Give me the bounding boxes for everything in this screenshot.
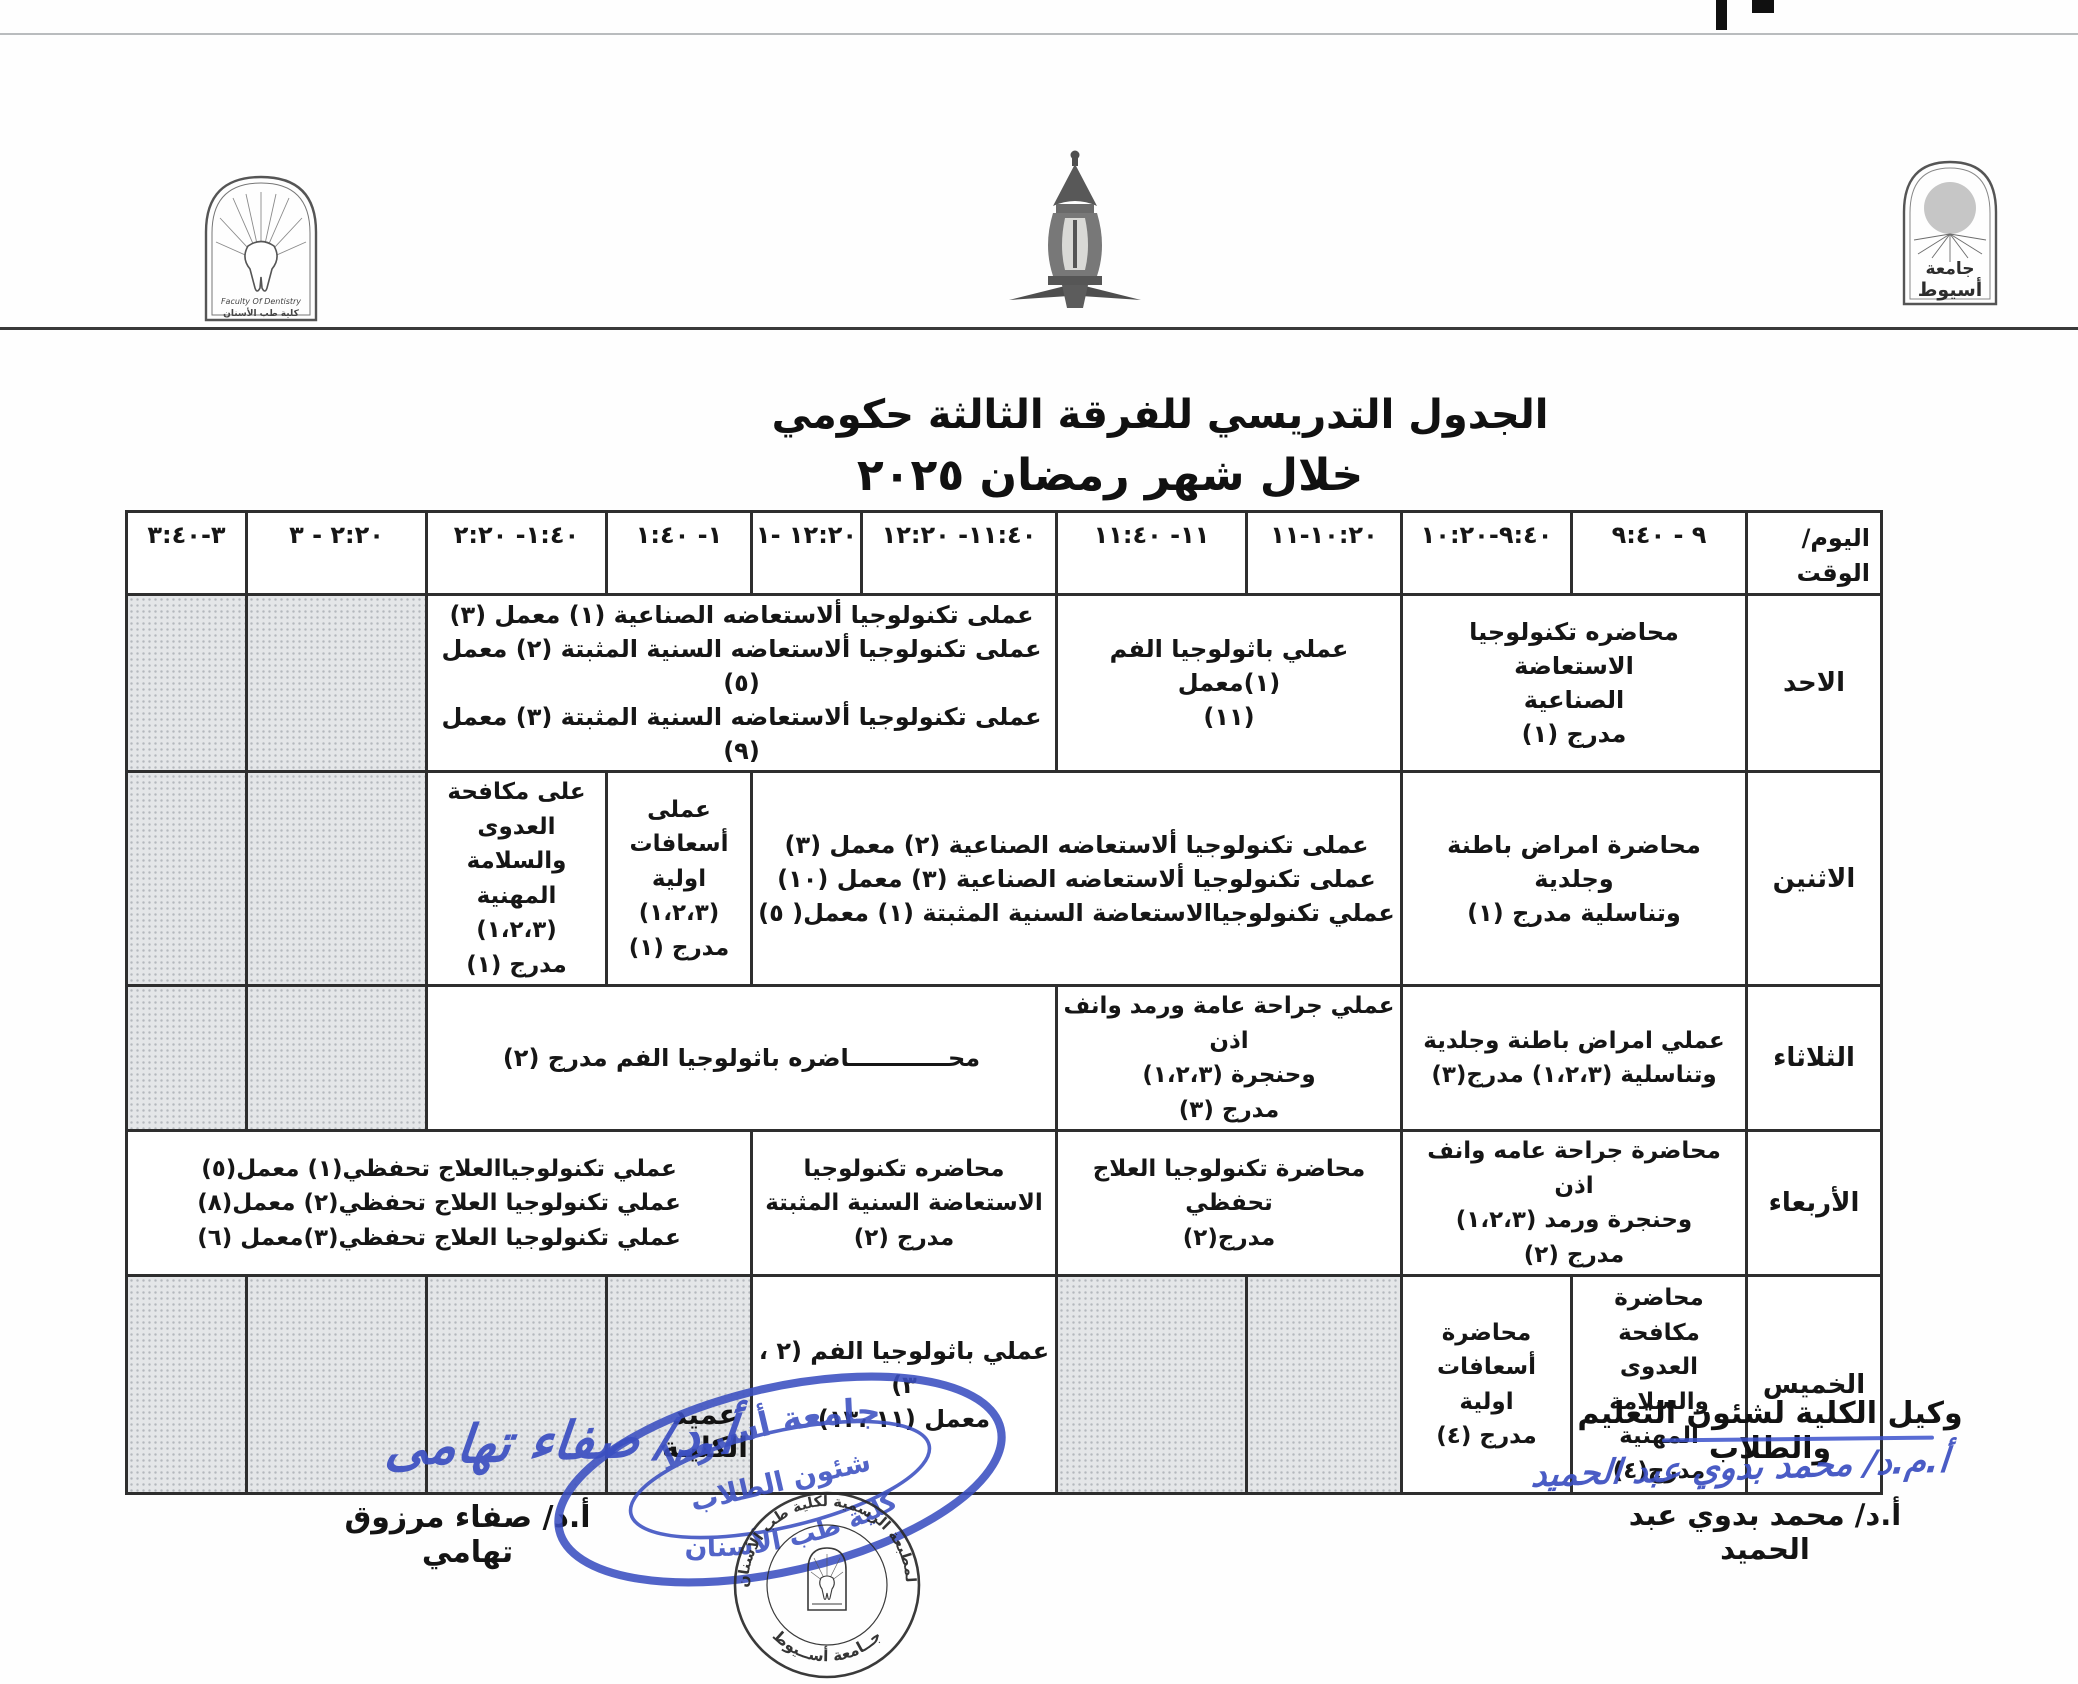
schedule-cell: عملي امراض باطنة وجلدية وتناسلية (١،٢،٣)… [1402, 986, 1747, 1131]
official-press-round-stamp: المطبعة الرسمية لكلية طب الأسنان جــامعة… [726, 1486, 928, 1684]
scan-artifact-bar [1752, 0, 1774, 13]
time-slot: ١٢:٢٠ -١ [752, 512, 862, 595]
time-slot: ١١:٤٠- ١٢:٢٠ [862, 512, 1057, 595]
empty-shaded-cell [127, 1276, 247, 1494]
schedule-row-tuesday: الثلاثاء عملي امراض باطنة وجلدية وتناسلي… [127, 986, 1882, 1131]
schedule-cell: محاضره تكنولوجيا الاستعاضة الصناعية مدرج… [1402, 595, 1747, 772]
empty-shaded-cell [247, 986, 427, 1131]
svg-text:المطبعة الرسمية لكلية طب الأسن: المطبعة الرسمية لكلية طب الأسنان [726, 1486, 918, 1588]
page-title: الجدول التدريسي للفرقة الثالثة حكومي [760, 392, 1560, 438]
time-slot: ١- ١:٤٠ [607, 512, 752, 595]
schedule-row-wednesday: الأربعاء محاضرة جراحة عامه وانف اذن وحنج… [127, 1131, 1882, 1276]
faculty-of-dentistry-logo-icon: Faculty Of Dentistry كلية طب الأسنان [200, 170, 322, 326]
schedule-cell: عملى تكنولوجيا ألاستعاضه الصناعية (٢) مع… [752, 772, 1402, 986]
time-slot: ١١- ١١:٤٠ [1057, 512, 1247, 595]
schedule-cell: محاضرة امراض باطنة وجلدية وتناسلية مدرج … [1402, 772, 1747, 986]
schedule-cell: محاضرة تكنولوجيا العلاج تحفظي مدرج(٢) [1057, 1131, 1402, 1276]
faculty-logo-english-label: Faculty Of Dentistry [221, 297, 301, 306]
day-time-corner-cell: اليوم/ الوقت [1747, 512, 1882, 595]
time-slot: ٣-٣:٤٠ [127, 512, 247, 595]
time-slot: ١٠:٢٠-١١ [1247, 512, 1402, 595]
time-slot: ٩ - ٩:٤٠ [1572, 512, 1747, 595]
schedule-cell: عملي باثولوجيا الفم (١)معمل (١١) [1057, 595, 1402, 772]
vice-dean-name: أ.د/ محمد بدوي عبد الحميد [1600, 1498, 1930, 1566]
schedule-cell: محاضره تكنولوجيا الاستعاضة السنية المثبت… [752, 1131, 1057, 1276]
schedule-row-sunday: الاحد محاضره تكنولوجيا الاستعاضة الصناعي… [127, 595, 1882, 772]
schedule-cell: عملي تكنولوجياالعلاج تحفظي(١) معمل(٥) عم… [127, 1131, 752, 1276]
university-logo-line2: أسيوط [1918, 277, 1983, 301]
page-subtitle: خلال شهر رمضان ٢٠٢٥ [780, 450, 1440, 501]
empty-shaded-cell [127, 772, 247, 986]
top-scan-line [0, 33, 2078, 35]
round-stamp-top-text: المطبعة الرسمية لكلية طب الأسنان [726, 1486, 918, 1588]
scan-artifact-bar [1716, 0, 1727, 30]
schedule-cell: على مكافحة العدوى والسلامة المهنية (١،٢،… [427, 772, 607, 986]
day-label: الاثنين [1747, 772, 1882, 986]
empty-shaded-cell [1247, 1276, 1402, 1494]
schedule-cell: عملى أسعافات اولية (١،٢،٣) مدرج (١) [607, 772, 752, 986]
empty-shaded-cell [247, 772, 427, 986]
time-slot: ١:٤٠- ٢:٢٠ [427, 512, 607, 595]
assiut-university-logo-icon: جامعة أسيوط [1898, 156, 2002, 310]
schedule-cell: عملى تكنولوجيا ألاستعاضه الصناعية (١) مع… [427, 595, 1057, 772]
empty-shaded-cell [1057, 1276, 1247, 1494]
teaching-schedule-table: اليوم/ الوقت ٩ - ٩:٤٠ ٩:٤٠-١٠:٢٠ ١٠:٢٠-١… [125, 510, 1883, 1495]
day-label: الاحد [1747, 595, 1882, 772]
empty-shaded-cell [127, 595, 247, 772]
empty-shaded-cell [127, 986, 247, 1131]
schedule-cell: عملي جراحة عامة ورمد وانف اذن وحنجرة (١،… [1057, 986, 1402, 1131]
ramadan-lantern-icon [985, 146, 1165, 328]
university-logo-line1: جامعة [1925, 259, 1974, 279]
schedule-cell: محــــــــــــاضره باثولوجيا الفم مدرج (… [427, 986, 1057, 1131]
time-slot: ٢:٢٠ - ٣ [247, 512, 427, 595]
round-stamp-bottom-text: جــامعة أســيوط [769, 1627, 885, 1666]
day-label: الأربعاء [1747, 1131, 1882, 1276]
empty-shaded-cell [247, 595, 427, 772]
time-header-row: اليوم/ الوقت ٩ - ٩:٤٠ ٩:٤٠-١٠:٢٠ ١٠:٢٠-١… [127, 512, 1882, 595]
svg-text:جــامعة أســيوط: جــامعة أســيوط [769, 1627, 885, 1666]
scanned-schedule-page: Faculty Of Dentistry كلية طب الأسنان جام… [0, 0, 2078, 1684]
schedule-row-monday: الاثنين محاضرة امراض باطنة وجلدية وتناسل… [127, 772, 1882, 986]
time-slot: ٩:٤٠-١٠:٢٠ [1402, 512, 1572, 595]
round-stamp-center-emblem-icon [808, 1548, 846, 1610]
schedule-cell: محاضرة جراحة عامه وانف اذن وحنجرة ورمد (… [1402, 1131, 1747, 1276]
faculty-logo-arabic-label: كلية طب الأسنان [223, 307, 299, 319]
day-label: الثلاثاء [1747, 986, 1882, 1131]
